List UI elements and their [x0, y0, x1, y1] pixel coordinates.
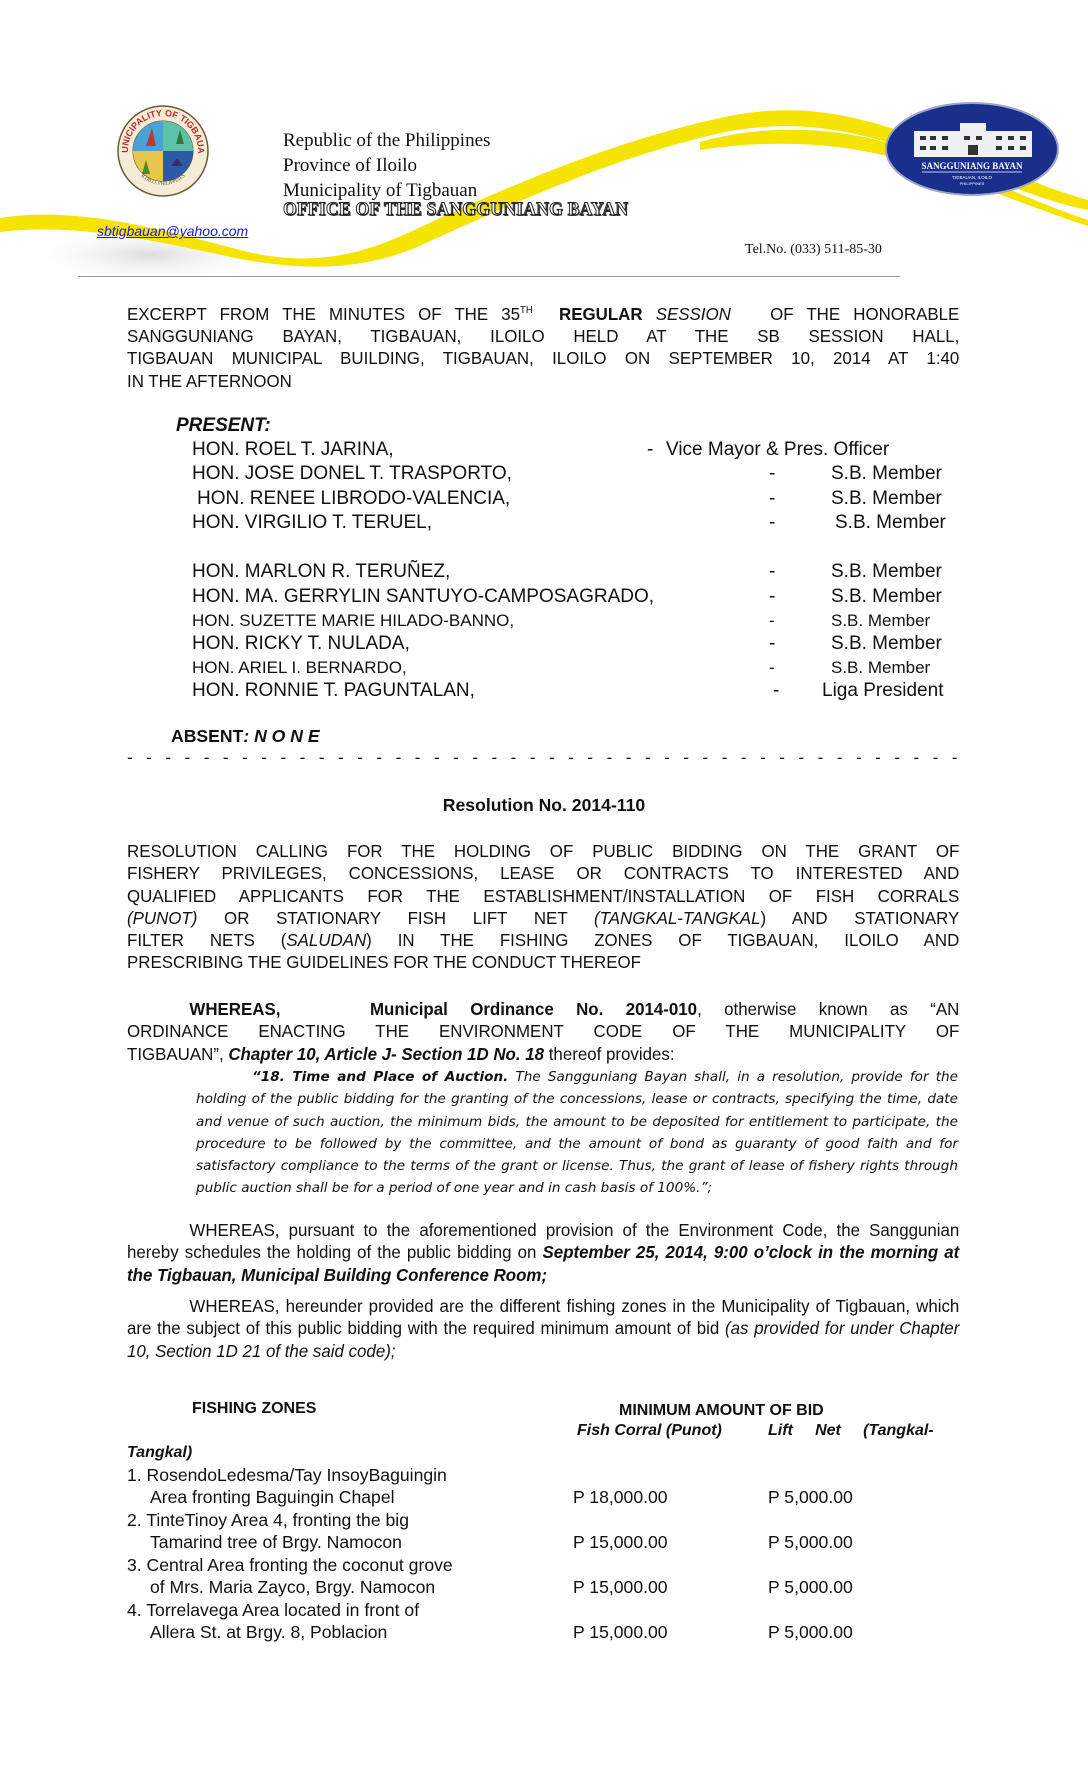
municipality-seal-logo: MUNICIPALITY OF TIGBAUAN ILOILO, PHILIPP… [116, 104, 210, 198]
table-subheader-fish-corral: Fish Corral (Punot) [577, 1422, 722, 1440]
table-header-fishing-zones: FISHING ZONES [192, 1400, 316, 1418]
whereas-ordinance: WHEREAS, Municipal Ordinance No. 2014-01… [127, 998, 959, 1065]
present-label: PRESENT: [176, 415, 271, 437]
svg-text:SANGGUNIANG BAYAN: SANGGUNIANG BAYAN [921, 161, 1023, 171]
whereas-schedule: WHEREAS, pursuant to the aforementioned … [127, 1219, 959, 1286]
whereas-fishing-zones: WHEREAS, hereunder provided are the diff… [127, 1295, 959, 1362]
svg-text:PHILIPPINES: PHILIPPINES [960, 181, 985, 186]
member-row: HON. ROEL T. JARINA, - Vice Mayor & Pres… [0, 439, 1088, 461]
svg-text:TIGBAUAN, ILOILO: TIGBAUAN, ILOILO [952, 175, 993, 180]
section-separator: - - - - - - - - - - - - - - - - - - - - … [127, 748, 959, 768]
letterhead-office-title: OFFICE OF THE SANGGUNIANG BAYAN [283, 199, 628, 221]
header-divider [78, 276, 900, 277]
absent-line: ABSENT: N O N E [171, 726, 320, 747]
minutes-excerpt-heading: EXCERPT FROM THE MINUTES OF THE 35TH REG… [127, 300, 959, 392]
member-row: HON. JOSE DONEL T. TRASPORTO, - S.B. Mem… [0, 463, 1088, 485]
letterhead-municipality: Municipality of Tigbauan [283, 180, 477, 201]
member-row: HON. MARLON R. TERUÑEZ, - S.B. Member [0, 561, 1088, 583]
member-row: HON. RICKY T. NULADA, - S.B. Member [0, 633, 1088, 655]
letterhead-country: Republic of the Philippines [283, 130, 490, 151]
quoted-provision: “18. Time and Place of Auction. The Sang… [196, 1066, 958, 1200]
member-row: HON. MA. GERRYLIN SANTUYO-CAMPOSAGRADO, … [0, 586, 1088, 608]
resolution-number: Resolution No. 2014-110 [0, 795, 1088, 816]
member-row: HON. VIRGILIO T. TERUEL, - S.B. Member [0, 512, 1088, 534]
table-header-minimum-bid: MINIMUM AMOUNT OF BID [619, 1402, 824, 1420]
sangguniang-bayan-seal-logo: SANGGUNIANG BAYAN TIGBAUAN, ILOILO PHILI… [884, 101, 1060, 197]
resolution-title: RESOLUTION CALLING FOR THE HOLDING OF PU… [127, 840, 959, 974]
letterhead-province: Province of Iloilo [283, 155, 417, 176]
member-row: HON. RONNIE T. PAGUNTALAN, - Liga Presid… [0, 680, 1088, 702]
telephone-number: Tel.No. (033) 511-85-30 [745, 242, 882, 258]
table-subheader-lift-net-cont: Tangkal) [127, 1444, 192, 1462]
member-row: HON. SUZETTE MARIE HILADO-BANNO, - S.B. … [0, 611, 1088, 633]
member-row: HON. RENEE LIBRODO-VALENCIA, - S.B. Memb… [0, 488, 1088, 510]
email-link[interactable]: sbtigbauan@yahoo.com [97, 223, 248, 239]
table-subheader-lift-net: Lift Net (Tangkal- [768, 1422, 934, 1440]
member-row: HON. ARIEL I. BERNARDO, - S.B. Member [0, 658, 1088, 680]
